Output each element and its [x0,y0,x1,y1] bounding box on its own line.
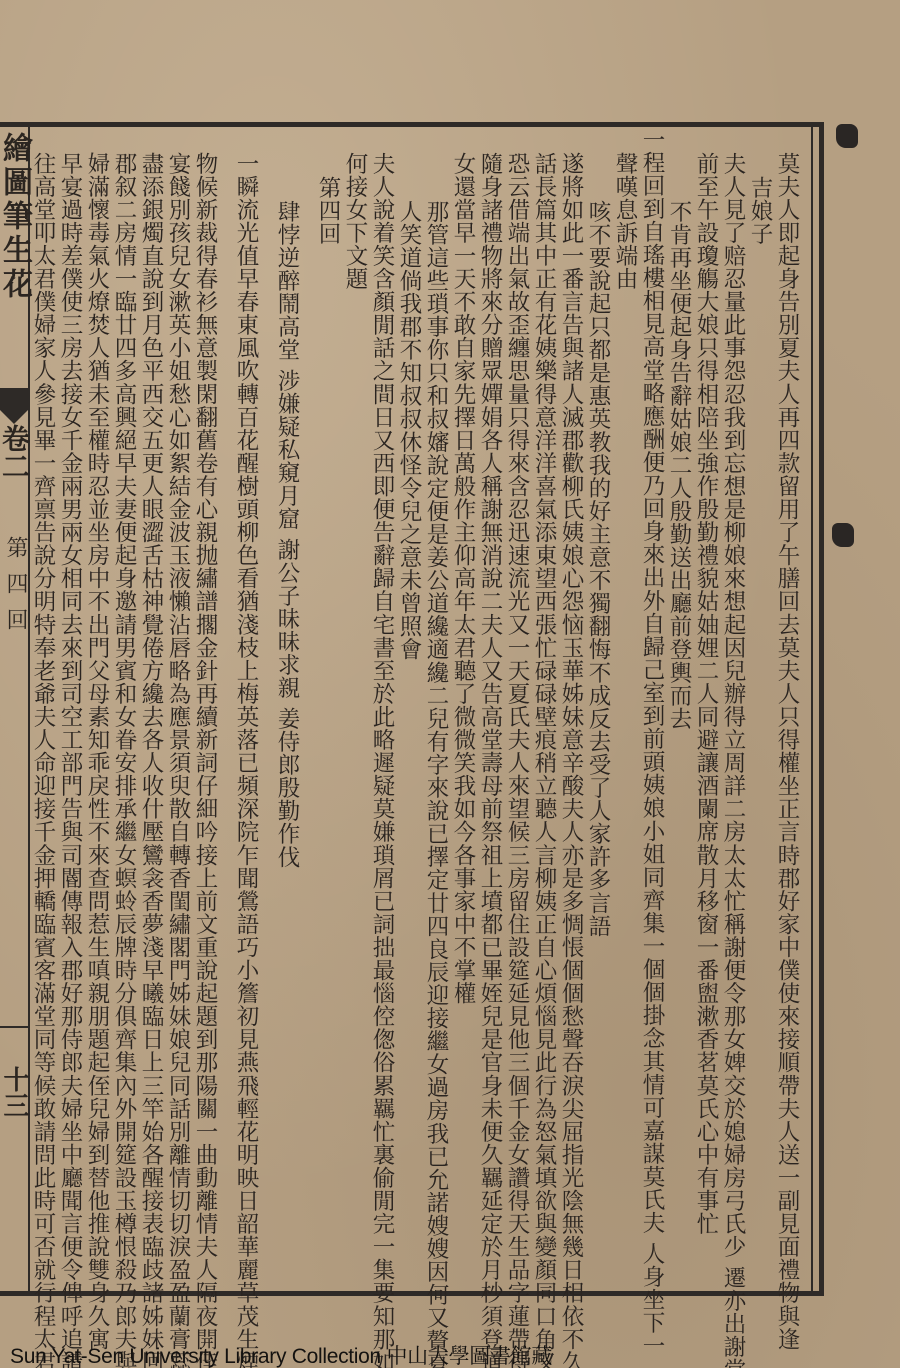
body-text: 莫夫人即起身告別夏夫人再四款留用了午膳回去莫夫人只得權坐正言時郡好家中僕使來接順… [30,128,800,1288]
text-column: 何接女下文題 [341,128,368,1288]
binding-hole-top [836,124,858,148]
text-column: 第四回 [314,128,341,1288]
volume-label: 卷二 [0,424,28,480]
text-column: 物候新裁得春衫無意製閑翻舊卷有心親抛繡譜擱金針再續新詞仔細吟接上前文重說起題到那… [191,128,218,1288]
text-column: 夫人見了赔忍量此事怨忍我到忘想是柳娘來想起因兒辦得立周詳二房太太忙稱謝便令那女婢… [719,128,746,1288]
chapter-label: 第四回 [2,536,28,644]
text-column: 咳不要說起只都是惠英教我的好主意不獨翻悔不成反去受了人家許多言語 [584,128,611,1288]
text-column: 恐云借端出氣故歪纏思量只得來含忍迅速流光又一天夏氏夫人來望候三房留住設筵延見他三… [503,128,530,1288]
text-column: 宴餞別孩兒女漱英小姐愁心如絮結金波玉液懶沾唇略為應景須臾散自轉香閨繡閣門姊妹娘兒… [164,128,191,1288]
spine-margin: 繪圖筆生花 卷二 第四回 十三 [0,126,30,1292]
text-column: 隨身諸禮物將來分贈眾嬋娟各人稱謝無消說二夫人又告高堂壽母前祭祖上墳都已畢姪兒是官… [476,128,503,1288]
text-column: 不肯再坐便起身告辭姑娘二人殷勤送出廳前登輿而去 [665,128,692,1288]
spine-divider [0,1026,28,1028]
text-column: 前至午設瓊觴大娘只得相陪坐強作殷勤禮貌姑妯娌二人同避讓酒闌席散月移窗一番盥漱香茗… [692,128,719,1288]
text-column: 盡添銀燭直說到月色平西交五更人眼澀舌枯神覺倦方纔去各人收什壓鸞衾香夢淺早曦臨日上… [137,128,164,1288]
page-number: 十三 [0,1066,28,1118]
text-column: 人笑道倘我郡不知叔叔休怪令兒之意未曾照會 [395,128,422,1288]
text-column: 聲嘆息訴端由 [611,128,638,1288]
text-column: 話長篇其中正有花姨樂得意洋洋喜氣添東望西張忙碌碌壁痕稍立聽人言柳姨正自心煩惱見此… [530,128,557,1288]
text-column: 遂將如此一番言告與諸人滅郡歡柳氏姨娘心怨恼玉華姊妹意辛酸夫人亦是多惆悵個個愁聲吞… [557,128,584,1288]
text-column: 往高堂叩太君僕婦家人參見畢一齊禀告說分明特奉老爺夫人命迎接千金押轎臨賓客滿堂同等… [29,128,56,1288]
text-column: 早宴過時差僕使三房去接女千金兩男兩女相同去來到司空工部門告與司閽傳報入郡好那侍郎… [56,128,83,1288]
binding-hole-bottom [832,523,854,547]
collection-watermark: Sun Yat-Sen University Library Collectio… [10,1340,552,1368]
fishtail-mark [0,388,28,410]
text-column: 一程回到自瑤樓相見高堂略應酬便乃回身來出外自歸己室到前頭姨娘小姐同齊集一個個掛念… [638,128,665,1288]
text-column: 婦滿懷毒氣火燎焚人猶未至權時忍並坐房中不出門父母素知乖戾性不來查問惹生嗔親朋題起… [83,128,110,1288]
text-column: 莫夫人即起身告別夏夫人再四款留用了午膳回去莫夫人只得權坐正言時郡好家中僕使來接順… [773,128,800,1288]
text-column: 一瞬流光值早春東風吹轉百花醒樹頭柳色看猶淺枝上梅英落已頻深院乍聞鶯語巧小簷初見燕… [232,128,259,1288]
text-column: 那管這些瑣事你只和叔嬸說定便是姜公道纔適纔二兒有字來說已擇定廿四良辰迎接繼女過房… [422,128,449,1288]
text-column: 女還當早一天不敢自家先擇日萬般作主仰高年太君聽了微微笑我如今各事家中不掌權 [449,128,476,1288]
text-column: 肆悖逆醉鬧高堂 涉嫌疑私窺月窟 謝公子昧昧求親 姜侍郎殷勤作伐 [273,128,300,1288]
book-title: 繪圖筆生花 [0,132,28,302]
text-column: 夫人說着笑含顏閒話之間日又西即便告辭歸自宅書至於此略遲疑莫嫌瑣屑已詞拙最惱倥偬俗… [368,128,395,1288]
text-column: 吉娘子 [746,128,773,1288]
text-column: 郡叙二房情一臨廿四多高興絕早夫妻便起身邀請男賓和女眷安排承繼女螟蛉辰牌時分俱齊集… [110,128,137,1288]
